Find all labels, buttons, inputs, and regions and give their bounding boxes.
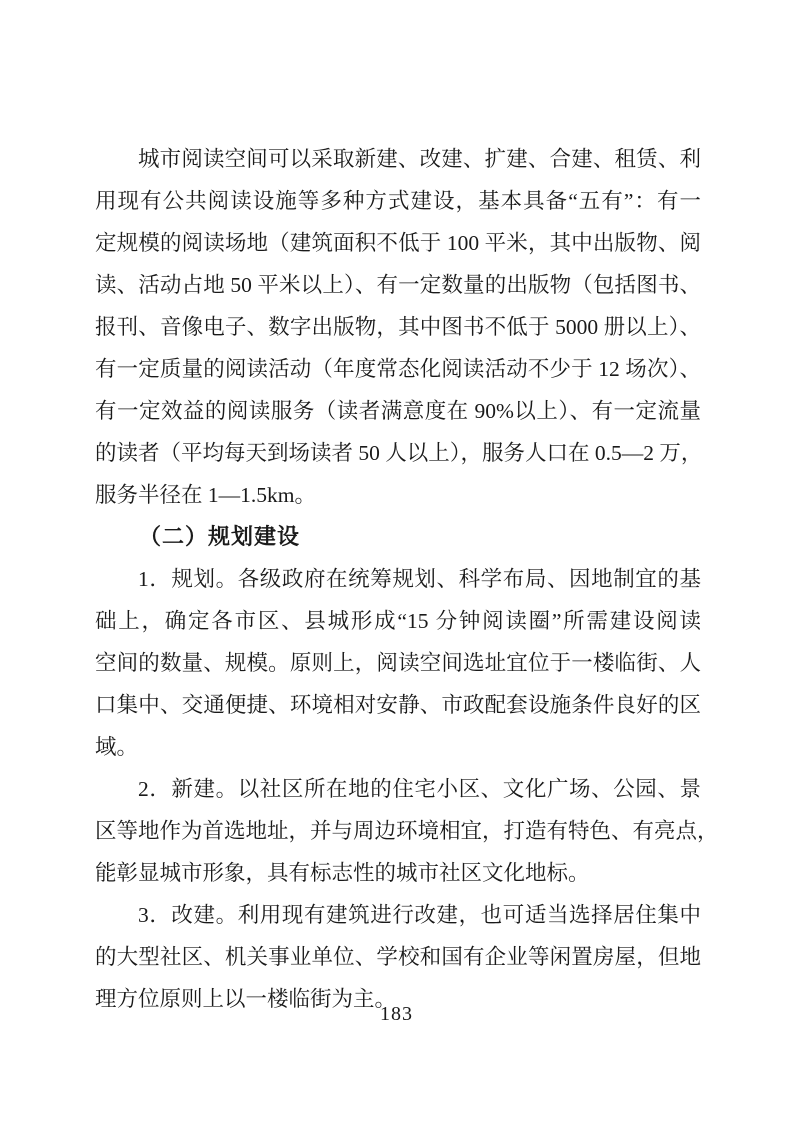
text-line: 1．规划。各级政府在统筹规划、科学布局、因地制宜的基 <box>95 558 701 600</box>
document-body: 城市阅读空间可以采取新建、改建、扩建、合建、租赁、利 用现有公共阅读设施等多种方… <box>95 138 701 1020</box>
text-line: 有一定质量的阅读活动（年度常态化阅读活动不少于 12 场次）、 <box>95 348 701 390</box>
paragraph-intro: 城市阅读空间可以采取新建、改建、扩建、合建、租赁、利 用现有公共阅读设施等多种方… <box>95 138 701 516</box>
text-line: 3．改建。利用现有建筑进行改建，也可适当选择居住集中 <box>95 894 701 936</box>
text-line: 能彰显城市形象，具有标志性的城市社区文化地标。 <box>95 852 701 894</box>
document-page: 城市阅读空间可以采取新建、改建、扩建、合建、租赁、利 用现有公共阅读设施等多种方… <box>0 0 793 1122</box>
text-line: 用现有公共阅读设施等多种方式建设，基本具备“五有”：有一 <box>95 180 701 222</box>
paragraph-new-build: 2．新建。以社区所在地的住宅小区、文化广场、公园、景 区等地作为首选地址，并与周… <box>95 768 701 894</box>
text-line: 的读者（平均每天到场读者 50 人以上），服务人口在 0.5—2 万， <box>95 432 701 474</box>
text-line: 区等地作为首选地址，并与周边环境相宜，打造有特色、有亮点， <box>95 810 701 852</box>
text-line: 空间的数量、规模。原则上，阅读空间选址宜位于一楼临街、人 <box>95 642 701 684</box>
text-line: 定规模的阅读场地（建筑面积不低于 100 平米，其中出版物、阅 <box>95 222 701 264</box>
text-line: 报刊、音像电子、数字出版物，其中图书不低于 5000 册以上）、 <box>95 306 701 348</box>
text-line: 的大型社区、机关事业单位、学校和国有企业等闲置房屋，但地 <box>95 936 701 978</box>
text-line: 础上，确定各市区、县城形成“15 分钟阅读圈”所需建设阅读 <box>95 600 701 642</box>
text-line: 读、活动占地 50 平米以上）、有一定数量的出版物（包括图书、 <box>95 264 701 306</box>
page-footer: 183 <box>0 1003 793 1026</box>
text-line: 城市阅读空间可以采取新建、改建、扩建、合建、租赁、利 <box>95 138 701 180</box>
text-line: 域。 <box>95 726 701 768</box>
paragraph-renovation: 3．改建。利用现有建筑进行改建，也可适当选择居住集中 的大型社区、机关事业单位、… <box>95 894 701 1020</box>
text-line: 服务半径在 1—1.5km。 <box>95 474 701 516</box>
paragraph-planning: 1．规划。各级政府在统筹规划、科学布局、因地制宜的基 础上，确定各市区、县城形成… <box>95 558 701 768</box>
text-line: 口集中、交通便捷、环境相对安静、市政配套设施条件良好的区 <box>95 684 701 726</box>
text-line: 2．新建。以社区所在地的住宅小区、文化广场、公园、景 <box>95 768 701 810</box>
section-heading: （二）规划建设 <box>95 516 701 558</box>
page-number: 183 <box>380 1003 413 1025</box>
text-line: 有一定效益的阅读服务（读者满意度在 90%以上）、有一定流量 <box>95 390 701 432</box>
